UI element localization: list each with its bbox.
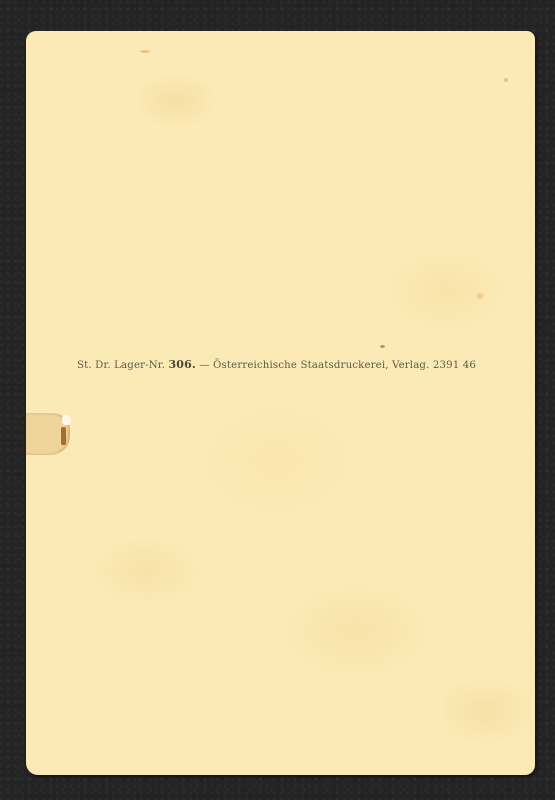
stain-mark <box>140 50 150 53</box>
ink-dot-mark <box>380 345 385 348</box>
imprint-number: 306. <box>169 358 196 371</box>
imprint-prefix: St. Dr. Lager-Nr. <box>77 360 165 371</box>
printer-imprint: St. Dr. Lager-Nr. 306. — Österreichische… <box>77 358 476 371</box>
torn-hole <box>62 415 71 425</box>
imprint-suffix: — Österreichische Staatsdruckerei, Verla… <box>199 360 476 371</box>
stain-mark <box>476 293 484 299</box>
stain-mark <box>504 78 508 82</box>
rust-stain <box>61 427 66 445</box>
paper-page: St. Dr. Lager-Nr. 306. — Österreichische… <box>26 31 535 775</box>
